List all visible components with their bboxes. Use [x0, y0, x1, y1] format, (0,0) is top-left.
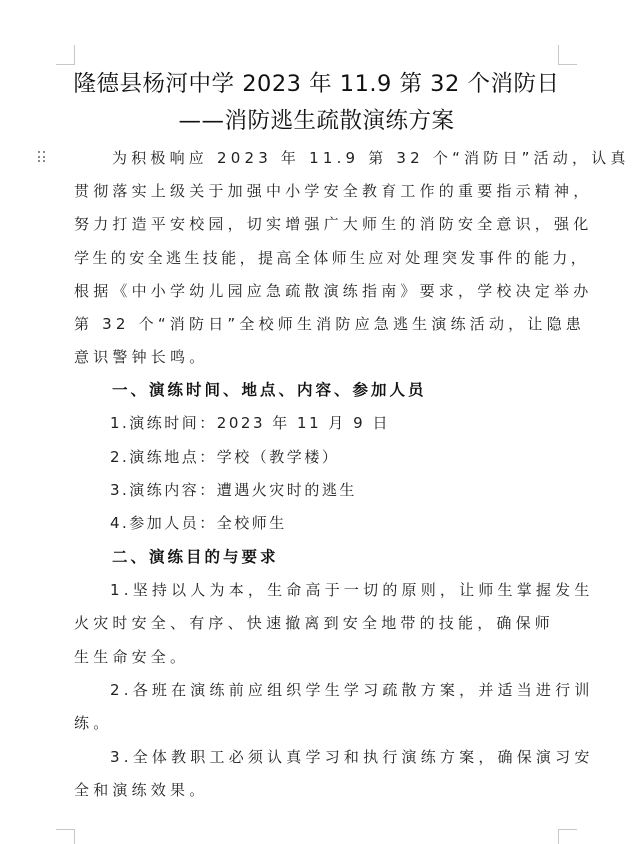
section2-item-line: 全和演练效果。 [74, 780, 569, 800]
crop-mark-bottom-left-h [56, 829, 75, 830]
crop-mark-bottom-left-v [74, 829, 75, 844]
section1-item: 2.演练地点：学校（教学楼） [110, 447, 605, 467]
section2-item-line: 生生命安全。 [74, 647, 569, 667]
document-title-line1: 隆德县杨河中学 2023 年 11.9 第 32 个消防日 [0, 66, 633, 98]
crop-mark-top-right-h [558, 64, 577, 65]
section2-item-line: 3.全体教职工必须认真学习和执行演练方案，确保演习安 [110, 747, 605, 767]
intro-line: 学生的安全逃生技能，提高全体师生应对处理突发事件的能力， [74, 248, 569, 268]
section-heading-2: 二、演练目的与要求 [112, 547, 607, 567]
document-title-line2: ——消防逃生疏散演练方案 [0, 103, 633, 135]
section1-item: 3.演练内容：遭遇火灾时的逃生 [110, 480, 605, 500]
drag-handle-icon[interactable] [38, 151, 46, 163]
crop-mark-bottom-right-v [558, 829, 559, 844]
intro-line: 意识警钟长鸣。 [74, 347, 569, 367]
crop-mark-top-right-v [558, 45, 559, 64]
crop-mark-top-left-h [56, 64, 75, 65]
section-heading-1: 一、演练时间、地点、内容、参加人员 [112, 380, 607, 400]
section2-item-line: 2.各班在演练前应组织学生学习疏散方案，并适当进行训 [110, 680, 605, 700]
section1-item: 1.演练时间：2023 年 11 月 9 日 [110, 413, 605, 433]
section2-item-line: 1.坚持以人为本，生命高于一切的原则，让师生掌握发生 [110, 580, 605, 600]
crop-mark-top-left-v [74, 45, 75, 64]
section2-item-line: 练。 [74, 713, 569, 733]
intro-line: 贯彻落实上级关于加强中小学安全教育工作的重要指示精神， [74, 181, 569, 201]
section1-item: 4.参加人员：全校师生 [110, 513, 605, 533]
section2-item-line: 火灾时安全、有序、快速撤离到安全地带的技能，确保师 [74, 613, 569, 633]
intro-line: 第 32 个“消防日”全校师生消防应急逃生演练活动，让隐患 [74, 314, 569, 334]
intro-line: 根据《中小学幼儿园应急疏散演练指南》要求，学校决定举办 [74, 281, 569, 301]
crop-mark-bottom-right-h [558, 829, 577, 830]
intro-line: 努力打造平安校园，切实增强广大师生的消防安全意识，强化 [74, 214, 569, 234]
intro-line: 为积极响应 2023 年 11.9 第 32 个“消防日”活动，认真 [112, 148, 607, 168]
